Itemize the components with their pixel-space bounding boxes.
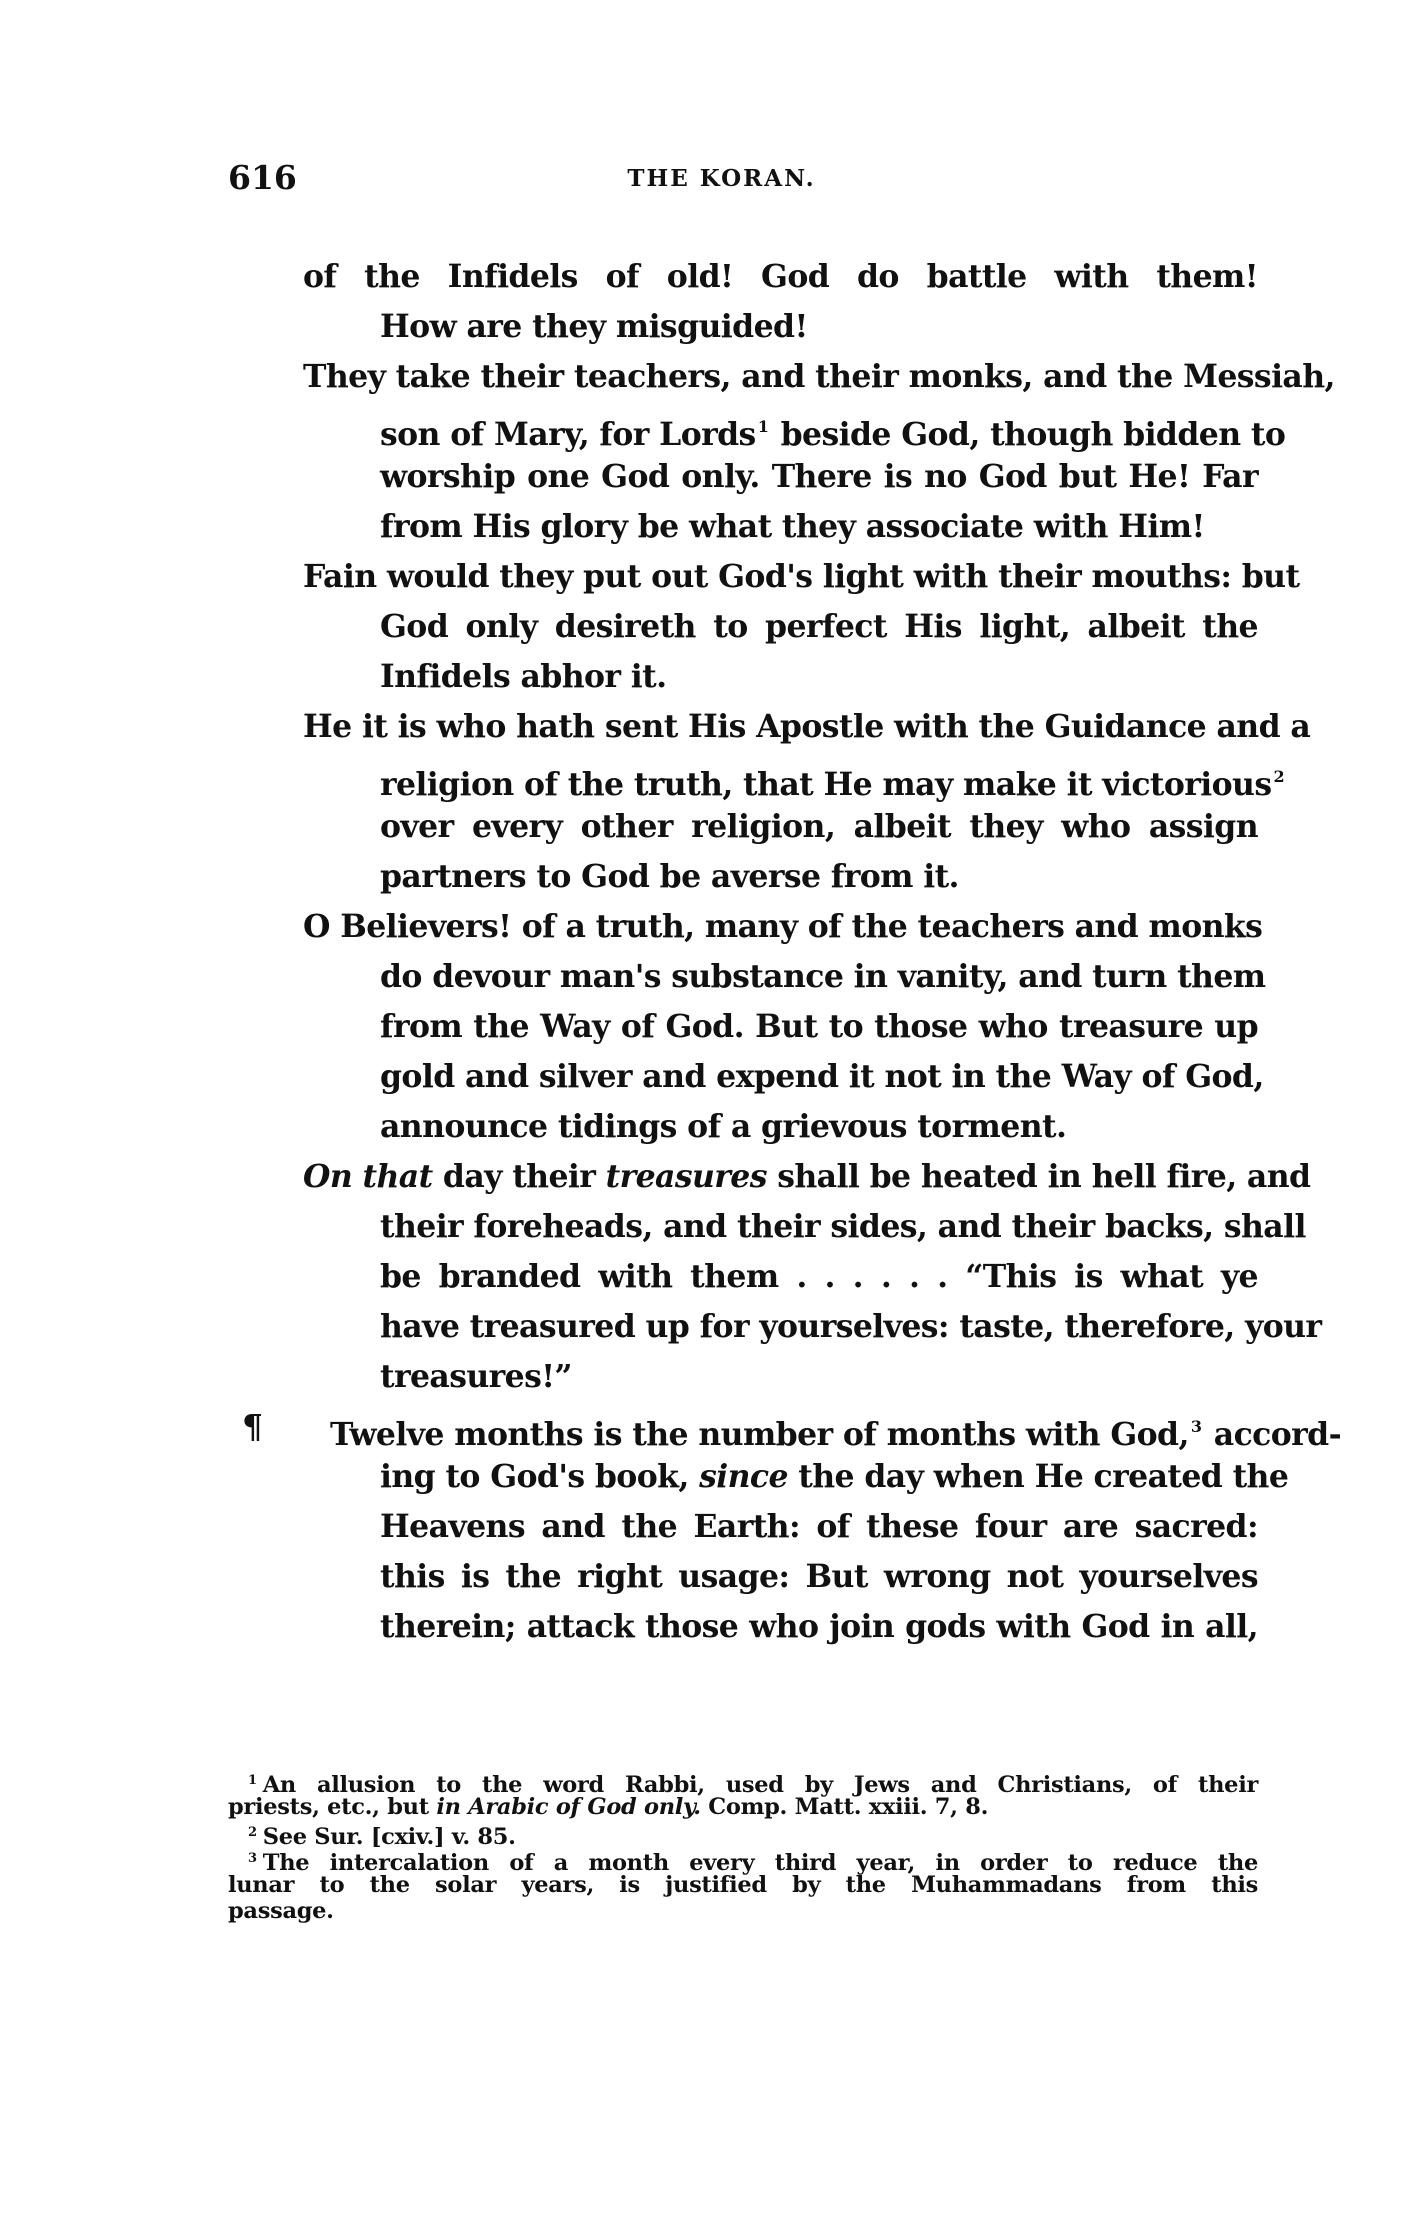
pilcrow-icon: ¶ [242,1402,263,1452]
text-line: ing to God's book, since the day when He… [380,1452,1258,1502]
text-span: day their [443,1158,595,1195]
text-line: God only desireth to perfect His light, … [380,602,1258,652]
text-line: How are they misguided! [380,302,1258,352]
text-line: of the Infidels of old! God do battle wi… [303,252,1258,302]
text-line: He it is who hath sent His Apostle with … [303,702,1258,752]
footnote-ref-1[interactable]: 1 [758,417,769,436]
text-span: the day when He created the [798,1458,1288,1495]
text-line: Infidels abhor it. [380,652,1258,702]
italic-span: treasures [606,1158,767,1195]
footnote-1-cont: priests, etc., but in Arabic of God only… [228,1794,1258,1820]
italic-span: On that [303,1158,433,1195]
footnote-marker: 1 [248,1773,257,1788]
text-line: partners to God be averse from it. [380,852,1258,902]
text-span: Twelve months is the number of months wi… [330,1416,1189,1453]
text-line: this is the right usage: But wrong not y… [380,1552,1258,1602]
text-span: shall be heated in hell fire, and [777,1158,1310,1195]
text-line: They take their teachers, and their monk… [303,352,1258,402]
text-line: their foreheads, and their sides, and th… [380,1202,1258,1252]
footnote-text: priests, etc., but [228,1794,436,1820]
text-line: from His glory be what they associate wi… [380,502,1258,552]
italic-span: since [699,1458,788,1495]
text-line: gold and silver and expend it not in the… [380,1052,1258,1102]
footnote-ref-2[interactable]: 2 [1274,767,1285,786]
text-span: beside God, though bidden to [781,416,1286,453]
running-head: THE KORAN. [0,165,1403,192]
text-line: announce tidings of a grievous torment. [380,1102,1258,1152]
text-line: therein; attack those who join gods with… [380,1602,1258,1652]
footnote-italic: in Arabic of God only. [436,1794,700,1820]
text-span: son of Mary, for Lords [380,416,756,453]
footnote-ref-3[interactable]: 3 [1191,1417,1202,1436]
text-span: ing to God's book, [380,1458,689,1495]
footnote-marker: 2 [248,1825,257,1840]
text-line: On that day their treasures shall be hea… [303,1152,1258,1202]
footnote-3-cont: lunar to the solar years, is justified b… [228,1872,1258,1898]
footnote-text: Comp. Matt. xxiii. 7, 8. [701,1794,988,1820]
footnote-3-cont: passage. [228,1898,1258,1924]
text-line: worship one God only. There is no God bu… [380,452,1258,502]
text-line: be branded with them . . . . . . “This i… [380,1252,1258,1302]
text-line: from the Way of God. But to those who tr… [380,1002,1258,1052]
text-line: over every other religion, albeit they w… [380,802,1258,852]
text-line: Fain would they put out God's light with… [303,552,1258,602]
text-line: do devour man's substance in vanity, and… [380,952,1258,1002]
text-line: treasures!” [380,1352,1258,1402]
footnote-marker: 3 [248,1851,257,1866]
text-line: O Believers! of a truth, many of the tea… [303,902,1258,952]
text-line: have treasured up for yourselves: taste,… [380,1302,1258,1352]
text-line: Heavens and the Earth: of these four are… [380,1502,1258,1552]
text-span: accord- [1214,1416,1341,1453]
text-span: religion of the truth, that He may make … [380,766,1272,803]
